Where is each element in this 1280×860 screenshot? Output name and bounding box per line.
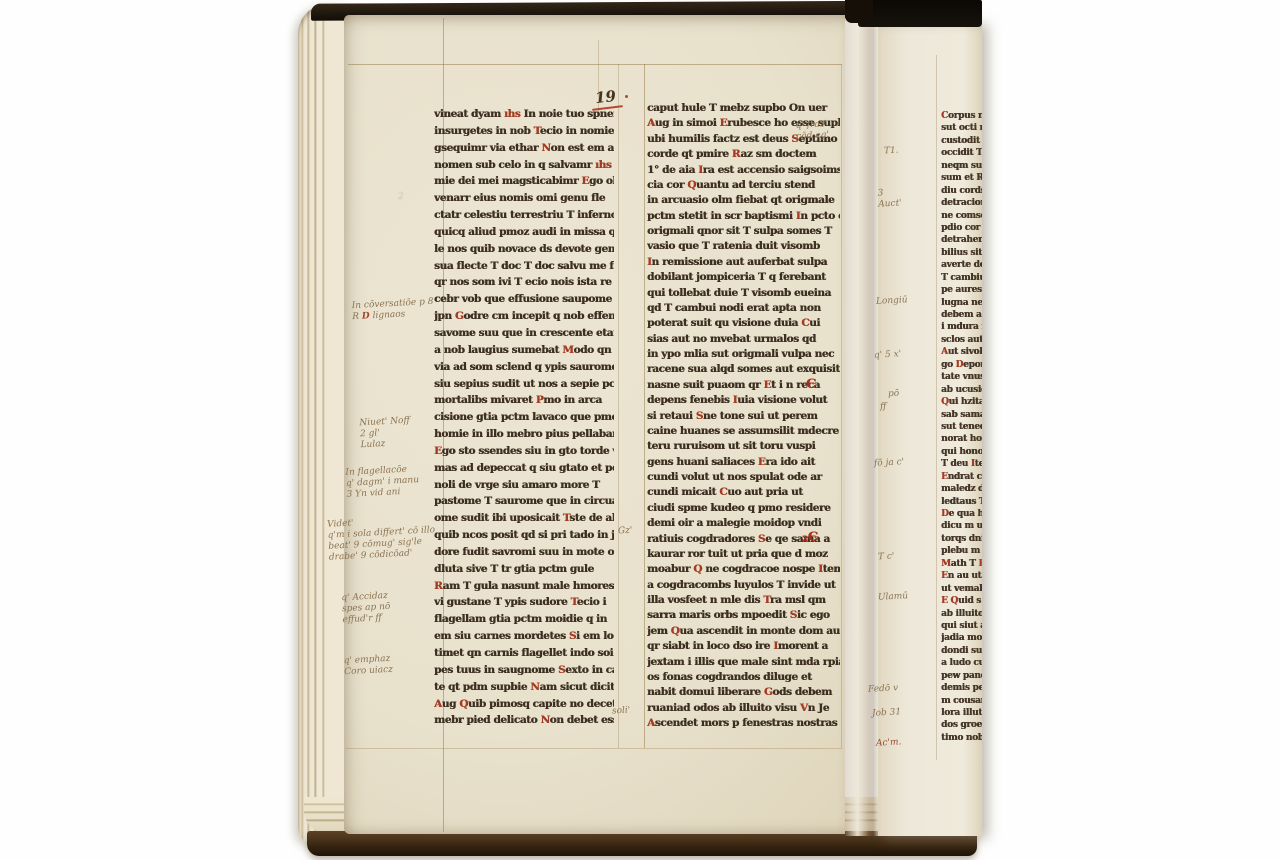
script-line: a ludo cu xyxy=(941,657,982,669)
margin-note: ff xyxy=(880,402,887,413)
script-line: qui siut al xyxy=(941,620,982,632)
script-line: Math T E xyxy=(941,558,982,570)
script-line: Aug Quib pimosq capite no decet xyxy=(434,696,614,713)
script-line: ctatr celestiu terrestriu T infernos Ego xyxy=(434,207,614,224)
script-line: dluta sive T tr gtia pctm gule xyxy=(434,561,614,578)
script-line: em siu carnes mordetes Si em lo xyxy=(434,628,614,645)
script-line: illa vosfeet n mle dis Tra msl qm xyxy=(647,593,840,608)
script-line: T cambiu l xyxy=(941,272,982,284)
script-line: ff xyxy=(880,402,887,413)
script-line: Aut sivoli xyxy=(941,346,982,358)
script-line: debem a t xyxy=(941,309,982,321)
script-line: dore fudit savromi suu in mote oras xyxy=(434,544,614,561)
script-line: gsequimr via ethar Non est em aliud xyxy=(434,140,614,157)
script-line: Fedō v xyxy=(868,683,899,696)
script-line: cundi micait Cuo aut pria ut xyxy=(647,485,840,500)
script-line: venarr eius nomis omi genu fle xyxy=(434,190,614,207)
script-line: De qua he xyxy=(941,508,982,520)
margin-note: Fedō v xyxy=(868,683,899,696)
script-line: Ego sto ssendes siu in gto torde vom xyxy=(434,443,614,460)
script-line: cād eg' xyxy=(796,130,829,143)
script-line: cebr vob que effusione saupome dul xyxy=(434,291,614,308)
script-line: in arcuasio olm fiebat qt origmale xyxy=(647,193,840,208)
margin-note: fō ja c' xyxy=(874,457,905,470)
script-line: Longiū xyxy=(876,295,908,308)
script-line: jpn Godre cm incepit q nob effendi xyxy=(434,308,614,325)
script-line: mas ad depeccat q siu gtato et pe xyxy=(434,460,614,477)
margin-note: T1. xyxy=(884,146,899,158)
script-line: qui honoz xyxy=(941,446,982,458)
script-line: ruaniad odos ab illuito visu Vn Je xyxy=(647,701,840,716)
ruling-vertical xyxy=(841,64,842,748)
folio-number: 19 xyxy=(594,87,617,107)
margin-note: In cōversatiōe p 8R D lignaos xyxy=(351,297,434,323)
margin-note: Longiū xyxy=(876,295,908,308)
script-line: gens huani saliaces Era ido ait xyxy=(647,455,840,470)
rubric-paragraph-mark: ₂Є xyxy=(802,530,818,545)
script-line: pdio cor xyxy=(941,222,982,234)
script-line: qd T cambui nodi erat apta non xyxy=(647,301,840,316)
rubric-paragraph-mark: Є xyxy=(806,377,816,392)
script-line: En au ut xyxy=(941,570,982,582)
script-line: tate vnust xyxy=(941,371,982,383)
script-line: diu cords xyxy=(941,185,982,197)
margin-note: Ac'm. xyxy=(876,737,902,749)
ruling-horizontal xyxy=(348,64,842,65)
script-line: mebr pied delicato Non debet esse xyxy=(434,712,614,729)
script-line: timet qn carnis flagellet indo soi xyxy=(434,645,614,662)
script-line: vineat dyam ıhs In noie tuo spnem xyxy=(434,106,614,123)
script-line: qr nos som ivi T ecio nois ista re xyxy=(434,274,614,291)
script-line: racene sua alqd somes aut exquisita xyxy=(647,362,840,377)
script-line: Ascendet mors p fenestras nostras xyxy=(647,716,840,731)
margin-note: 3Auct' xyxy=(877,187,902,210)
margin-note: q' emphazCoro uiacz xyxy=(343,654,393,679)
folio-red-dot xyxy=(625,95,628,98)
script-line: cisione gtia pctm lavaco que pmo xyxy=(434,409,614,426)
margin-note: Job 31 xyxy=(872,707,902,720)
script-line: Corpus m xyxy=(941,110,982,122)
script-line: Ac'm. xyxy=(876,737,902,749)
margin-note: Ulamū xyxy=(878,591,909,604)
open-book: 19 vineat dyam ıhs In noie tuo spneminsu… xyxy=(298,0,984,860)
script-line: pes tuus in saugnome Sexto in capi xyxy=(434,662,614,679)
script-line: lugna neq xyxy=(941,297,982,309)
script-line: sum et R xyxy=(941,172,982,184)
script-line: Ram T gula nasunt male hmores xyxy=(434,578,614,595)
text-column-b: caput hule T mebz supbo On uerAug in sim… xyxy=(647,101,840,731)
script-line: detracion xyxy=(941,197,982,209)
margin-note: Gz' xyxy=(618,526,633,538)
script-line: ome sudit ibi uposicait Tste de alqs xyxy=(434,510,614,527)
script-line: homie in illo mebro pius pellabant xyxy=(434,426,614,443)
script-line: flagellam gtia pctm moidie q in xyxy=(434,611,614,628)
script-line: q' 5 x' xyxy=(874,349,902,361)
ruling-horizontal xyxy=(346,748,842,749)
script-line: mie dei mei magsticabimr Ego obce xyxy=(434,173,614,190)
margin-note: In flagellacōeq' dagm' i manu3 Yn vid an… xyxy=(345,464,420,501)
script-line: T c' xyxy=(878,552,895,564)
script-line: cia cor Quantu ad terciu stend xyxy=(647,178,840,193)
script-line: In remissione aut auferbat sulpa xyxy=(647,255,840,270)
script-line: moabur Q ne cogdracoe nospe Item xyxy=(647,562,840,577)
script-line: maledz di xyxy=(941,483,982,495)
margin-note: q' 5 x' xyxy=(874,349,902,361)
script-line: 2 xyxy=(398,192,404,203)
script-line: plebu m xyxy=(941,545,982,557)
script-line: qr siabt in loco dso ire Imorent a xyxy=(647,639,840,654)
script-line: soli' xyxy=(612,706,631,718)
script-line: sias aut no mvebat urmalos qd xyxy=(647,332,840,347)
margin-note: Videt'q'm i sola differt' cō illobeat' 9… xyxy=(327,514,437,564)
script-line: noli de vrge siu amaro more T xyxy=(434,477,614,494)
script-line: Ulamū xyxy=(878,591,909,604)
script-line: vi gustane T ypis sudore Tecio i xyxy=(434,594,614,611)
script-line: siu sepius sudit ut nos a sepie pctm xyxy=(434,376,614,393)
script-line: T1. xyxy=(884,146,899,158)
script-line: lora illuta xyxy=(941,707,982,719)
script-line: teru ruruisom ut sit toru vuspi xyxy=(647,439,840,454)
script-line: caine huanes se assumsilit mdecre xyxy=(647,424,840,439)
script-line: dondi sut xyxy=(941,645,982,657)
script-line: a cogdracombs luyulos T invide ut xyxy=(647,578,840,593)
script-line: pctm stetit in scr baptismi In pcto em xyxy=(647,209,840,224)
margin-note: pō xyxy=(888,389,900,401)
script-line: ciudi spme kudeo q pmo residere xyxy=(647,501,840,516)
ruling-vertical xyxy=(644,64,645,748)
script-line: sclos aut xyxy=(941,334,982,346)
script-line: torqs dni xyxy=(941,533,982,545)
script-line: jadia mor xyxy=(941,632,982,644)
script-line: pō xyxy=(888,389,900,401)
script-line: averte de xyxy=(941,259,982,271)
script-line: depens fenebis Iuia visione volut xyxy=(647,393,840,408)
script-line: Job 31 xyxy=(872,707,902,720)
script-line: timo nob xyxy=(941,732,982,744)
script-line: cundi volut ut nos spulat ode ar xyxy=(647,470,840,485)
script-line: demis ped xyxy=(941,682,982,694)
script-line: pew pand xyxy=(941,670,982,682)
script-line: jem Qua ascendit in monte dom aut xyxy=(647,624,840,639)
script-line: neqm su xyxy=(941,160,982,172)
book-cover-top-right xyxy=(858,0,982,27)
script-line: a nob laugius sumebat Modo qn xyxy=(434,342,614,359)
script-line: dos groes xyxy=(941,719,982,731)
ruling-vertical xyxy=(936,55,937,760)
script-line: detrahent xyxy=(941,234,982,246)
script-line: Auct' xyxy=(878,198,902,210)
script-line: ne comsc xyxy=(941,210,982,222)
margin-note-ghost: 2 xyxy=(398,192,404,203)
script-line: bilius sit n xyxy=(941,247,982,259)
margin-note: soli' xyxy=(612,706,631,718)
margin-note: q' Accidazspes ap nōeffud'r ff xyxy=(341,591,391,626)
script-line: jextam i illis que male sint mda rpiam xyxy=(647,655,840,670)
script-line: fō ja c' xyxy=(874,457,905,470)
script-line: ut vemale xyxy=(941,583,982,595)
script-line: dobilant jompiceria T q ferebant xyxy=(647,270,840,285)
script-line: pastome T saurome que in circuast xyxy=(434,493,614,510)
ruling-vertical xyxy=(618,64,619,748)
script-line: m cousand xyxy=(941,695,982,707)
script-line: insurgetes in nob Tecio in nomie ihu xyxy=(434,123,614,140)
script-line: te qt pdm supbie Nam sicut dicit xyxy=(434,679,614,696)
script-line: ledtaus T xyxy=(941,496,982,508)
script-line: ab illuito xyxy=(941,608,982,620)
gutter-top-shadow xyxy=(845,0,873,23)
script-line: savome suu que in crescente etate xyxy=(434,325,614,342)
page-stack-left-edge xyxy=(298,4,348,844)
script-line: in ypo mlia sut origmali vulpa nec xyxy=(647,347,840,362)
script-line: occidit T xyxy=(941,147,982,159)
script-line: Qui hzitau xyxy=(941,396,982,408)
script-line: custodit o xyxy=(941,135,982,147)
margin-note: q' fraz'cād eg' xyxy=(795,119,829,143)
text-column-right-page: Corpus msut octi mcustodit ooccidit Tneq… xyxy=(941,110,982,744)
script-line: go Depon xyxy=(941,359,982,371)
script-line: origmali qnor sit T sulpa somes T xyxy=(647,224,840,239)
script-line: i mdura n xyxy=(941,321,982,333)
script-line: nomen sub celo in q salvamr ıhs in no xyxy=(434,157,614,174)
script-line: via ad som sclend q ypis saurome xyxy=(434,359,614,376)
script-line: nabit domui liberare Gods debem xyxy=(647,685,840,700)
script-line: sua flecte T doc T doc salvu me fac xyxy=(434,258,614,275)
script-line: sut octi m xyxy=(941,122,982,134)
script-line: caput hule T mebz supbo On uer xyxy=(647,101,840,116)
script-line: vasio que T ratenia duit visomb xyxy=(647,239,840,254)
script-line: pe aures t xyxy=(941,284,982,296)
script-line: le nos quib novace ds devote genua xyxy=(434,241,614,258)
margin-note: T c' xyxy=(878,552,895,564)
manuscript-photo: 19 vineat dyam ıhs In noie tuo spneminsu… xyxy=(0,0,1280,860)
script-line: T deu Ite xyxy=(941,458,982,470)
script-line: mortalibs mivaret Pmo in arca xyxy=(434,392,614,409)
script-line: norat hon xyxy=(941,433,982,445)
script-line: ab ucusioe xyxy=(941,384,982,396)
script-line: quib ncos posit qd si pri tado in jio xyxy=(434,527,614,544)
margin-note: Niuet' Noff 2 gl' Lulaz xyxy=(359,416,411,452)
script-line: sarra maris orbs mpoedit Sic ego xyxy=(647,608,840,623)
script-line: Gz' xyxy=(618,526,633,538)
script-line: corde qt pmire Raz sm doctem xyxy=(647,147,840,162)
script-line: kaurar ror tuit ut pria que d moz xyxy=(647,547,840,562)
script-line: E Quid s xyxy=(941,595,982,607)
script-line: qui tollebat duie T visomb eueina xyxy=(647,286,840,301)
text-column-a: vineat dyam ıhs In noie tuo spneminsurge… xyxy=(434,106,614,729)
script-line: quicq aliud pmoz audi in missa q xyxy=(434,224,614,241)
script-line: dicu m un xyxy=(941,520,982,532)
script-line: Endrat co xyxy=(941,471,982,483)
script-line: sut teneq xyxy=(941,421,982,433)
script-line: si retaui Sne tone sui ut perem xyxy=(647,409,840,424)
script-line: 1° de aia Ira est accensio saigsoims xyxy=(647,163,840,178)
script-line: os fonas cogdrandos diluge et xyxy=(647,670,840,685)
script-line: poterat suit qu visione duia Cui xyxy=(647,316,840,331)
script-line: sab samab xyxy=(941,409,982,421)
